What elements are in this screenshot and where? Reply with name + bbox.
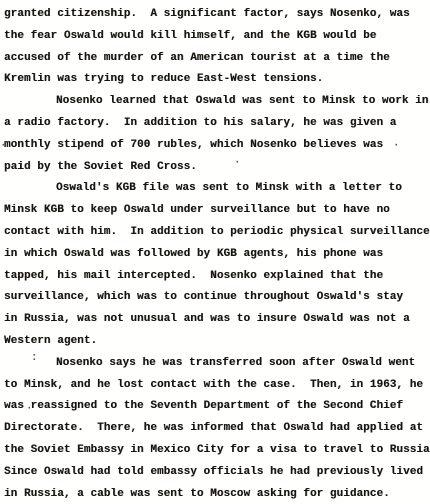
text-line: Western agent.	[4, 331, 430, 353]
paragraph-continuation: granted citizenship. A significant facto…	[4, 4, 430, 91]
paragraph-kgb-file: Oswald's KGB file was sent to Minsk with…	[4, 178, 430, 352]
text-line: in Russia, was not unusual and was to in…	[4, 309, 430, 331]
paragraph-radio-factory: Nosenko learned that Oswald was sent to …	[4, 91, 430, 178]
text-line: tapped, his mail intercepted. Nosenko ex…	[4, 266, 430, 288]
ink-speck: ·	[26, 404, 33, 415]
text-line: in Russia, a cable was sent to Moscow as…	[4, 484, 430, 504]
text-line: to Minsk, and he lost contact with the c…	[4, 375, 430, 397]
text-line: Nosenko learned that Oswald was sent to …	[4, 91, 430, 113]
text-line: a radio factory. In addition to his sala…	[4, 113, 430, 135]
ink-speck: :	[31, 353, 38, 364]
text-line: the fear Oswald would kill himself, and …	[4, 26, 430, 48]
text-line: Minsk KGB to keep Oswald under surveilla…	[4, 200, 430, 222]
text-line: Kremlin was trying to reduce East-West t…	[4, 69, 430, 91]
document-page: granted citizenship. A significant facto…	[0, 0, 430, 504]
text-line: monthly stipend of 700 rubles, which Nos…	[4, 135, 430, 157]
text-line: surveillance, which was to continue thro…	[4, 287, 430, 309]
text-line: accused of the murder of an American tou…	[4, 48, 430, 70]
text-line: Directorate. There, he was informed that…	[4, 418, 430, 440]
paragraph-transferred: Nosenko says he was transferred soon aft…	[4, 353, 430, 504]
text-line: Since Oswald had told embassy officials …	[4, 462, 430, 484]
text-line: contact with him. In addition to periodi…	[4, 222, 430, 244]
text-line: in which Oswald was followed by KGB agen…	[4, 244, 430, 266]
ink-speck: ·	[0, 141, 7, 152]
text-line: paid by the Soviet Red Cross.	[4, 157, 430, 179]
ink-speck: ·	[234, 158, 241, 169]
text-line: was reassigned to the Seventh Department…	[4, 396, 430, 418]
text-line: granted citizenship. A significant facto…	[4, 4, 430, 26]
text-line: the Soviet Embassy in Mexico City for a …	[4, 440, 430, 462]
ink-speck: ·	[393, 141, 400, 152]
text-line: Oswald's KGB file was sent to Minsk with…	[4, 178, 430, 200]
text-line: Nosenko says he was transferred soon aft…	[4, 353, 430, 375]
